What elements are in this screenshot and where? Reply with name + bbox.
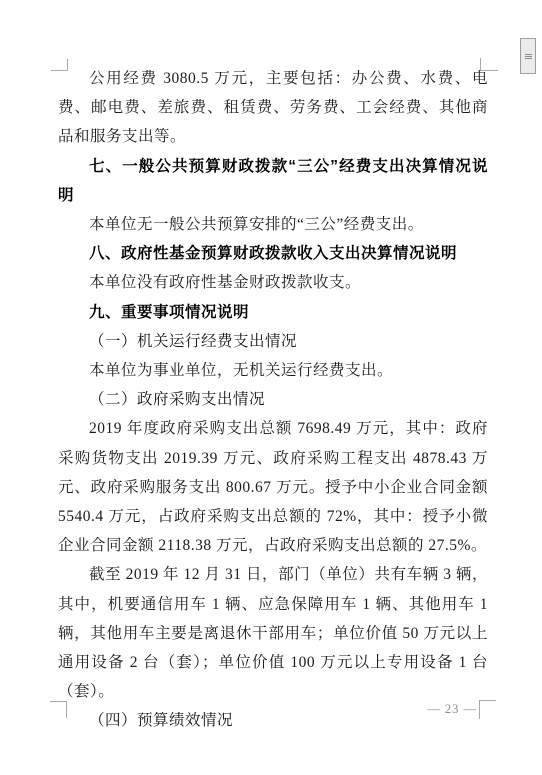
paragraph-operating-expense: 本单位为事业单位，无机关运行经费支出。 [58, 356, 488, 385]
heading-section-8: 八、政府性基金预算财政拨款收入支出决算情况说明 [58, 239, 488, 268]
grip-icon [525, 54, 532, 59]
document-content: 公用经费 3080.5 万元，主要包括：办公费、水费、电费、邮电费、差旅费、租赁… [58, 64, 488, 736]
heading-section-9: 九、重要事项情况说明 [58, 298, 488, 327]
subheading-item-2: （二）政府采购支出情况 [58, 385, 488, 414]
paragraph-no-gov-fund: 本单位没有政府性基金财政拨款收支。 [58, 268, 488, 297]
scrollbar-thumb[interactable] [520, 38, 536, 74]
paragraph-vehicles-equipment: 截至 2019 年 12 月 31 日，部门（单位）共有车辆 3 辆，其中，机要… [58, 560, 488, 706]
page-number: — 23 — [0, 700, 477, 718]
paragraph-public-funds: 公用经费 3080.5 万元，主要包括：办公费、水费、电费、邮电费、差旅费、租赁… [58, 64, 488, 152]
heading-section-7: 七、一般公共预算财政拨款“三公”经费支出决算情况说明 [58, 152, 488, 210]
paragraph-procurement: 2019 年度政府采购支出总额 7698.49 万元，其中：政府采购货物支出 2… [58, 414, 488, 560]
paragraph-no-sangong: 本单位无一般公共预算安排的“三公”经费支出。 [58, 210, 488, 239]
document-page: 公用经费 3080.5 万元，主要包括：办公费、水费、电费、邮电费、差旅费、租赁… [0, 0, 542, 775]
subheading-item-1: （一）机关运行经费支出情况 [58, 327, 488, 356]
